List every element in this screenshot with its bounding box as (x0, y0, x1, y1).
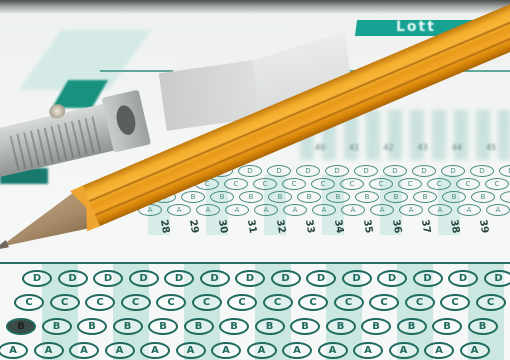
answer-bubble[interactable]: B (77, 318, 107, 335)
answer-bubble[interactable]: C (427, 178, 451, 190)
bubble-row-a: AAAAAAAAAAAAA (138, 204, 510, 216)
answer-bubble[interactable]: C (192, 294, 222, 311)
answer-bubble[interactable]: A (196, 204, 220, 216)
question-number: 42 (383, 143, 393, 152)
answer-bubble[interactable]: D (58, 270, 88, 287)
answer-bubble[interactable]: D (200, 270, 230, 287)
answer-bubble[interactable]: C (398, 178, 422, 190)
answer-bubble[interactable]: B (397, 318, 427, 335)
answer-bubble[interactable]: A (318, 342, 348, 359)
answer-bubble[interactable]: A (176, 342, 206, 359)
answer-bubble[interactable]: C (340, 178, 364, 190)
answer-bubble[interactable]: A (424, 342, 454, 359)
answer-bubble[interactable]: C (334, 294, 364, 311)
answer-bubble[interactable]: C (485, 178, 509, 190)
answer-bubble[interactable]: D (238, 165, 262, 177)
far-question-numbers: 4041424344454647 (315, 143, 510, 152)
answer-bubble[interactable]: A (370, 204, 394, 216)
answer-bubble[interactable]: D (129, 270, 159, 287)
answer-bubble[interactable]: B (432, 318, 462, 335)
question-number: 41 (349, 143, 359, 152)
answer-bubble[interactable]: B (297, 191, 321, 203)
answer-bubble[interactable]: A (457, 204, 481, 216)
answer-bubble[interactable]: B (239, 191, 263, 203)
sheet-title-text: Lott (396, 19, 436, 35)
answer-bubble[interactable]: D (325, 165, 349, 177)
answer-bubble[interactable]: D (342, 270, 372, 287)
answer-bubble[interactable]: D (306, 270, 336, 287)
answer-bubble[interactable]: D (383, 165, 407, 177)
answer-bubble[interactable]: A (254, 204, 278, 216)
answer-bubble[interactable]: A (486, 204, 510, 216)
answer-bubble[interactable]: B (255, 318, 285, 335)
answer-bubble[interactable]: D (93, 270, 123, 287)
answer-bubble[interactable]: D (413, 270, 443, 287)
answer-bubble[interactable]: C (282, 178, 306, 190)
answer-bubble[interactable]: D (484, 270, 510, 287)
answer-bubble[interactable]: C (224, 178, 248, 190)
answer-bubble[interactable]: A (341, 204, 365, 216)
bottom-answer-grid: DDDDDDDDDDDDDDCCCCCCCCCCCCCCBBBBBBBBBBBB… (0, 262, 510, 360)
answer-bubble[interactable]: A (211, 342, 241, 359)
photo-scene: Lott 4041424344454647 282930313233343536… (0, 0, 510, 360)
answer-bubble[interactable]: D (354, 165, 378, 177)
answer-bubble[interactable]: D (499, 165, 510, 177)
answer-bubble[interactable]: C (121, 294, 151, 311)
answer-bubble[interactable]: C (253, 178, 277, 190)
answer-bubble[interactable]: A (428, 204, 452, 216)
answer-bubble[interactable]: B (326, 318, 356, 335)
answer-bubble[interactable]: D (441, 165, 465, 177)
answer-bubble[interactable]: A (167, 204, 191, 216)
bubble-row-b: BBBBBBBBBBBBB (152, 191, 510, 203)
answer-bubble[interactable]: A (247, 342, 277, 359)
answer-bubble[interactable]: C (263, 294, 293, 311)
answer-bubble[interactable]: A (460, 342, 490, 359)
answer-bubble[interactable]: B (442, 191, 466, 203)
answer-bubble[interactable]: A (389, 342, 419, 359)
answer-bubble[interactable]: C (405, 294, 435, 311)
answer-bubble[interactable]: B (184, 318, 214, 335)
answer-bubble[interactable]: B (219, 318, 249, 335)
answer-bubble[interactable]: D (164, 270, 194, 287)
bubble-row-c: CCCCCCCCCCCCCC (14, 294, 510, 311)
answer-bubble[interactable]: B (413, 191, 437, 203)
answer-bubble[interactable]: B (355, 191, 379, 203)
answer-bubble[interactable]: C (369, 178, 393, 190)
answer-bubble[interactable]: A (282, 342, 312, 359)
answer-bubble[interactable]: A (312, 204, 336, 216)
answer-bubble[interactable]: B (181, 191, 205, 203)
answer-bubble[interactable]: C (476, 294, 506, 311)
answer-bubble[interactable]: A (0, 342, 28, 359)
answer-bubble[interactable]: B (148, 318, 178, 335)
answer-bubble[interactable]: B (500, 191, 510, 203)
answer-bubble[interactable]: D (267, 165, 291, 177)
answer-bubble[interactable]: B (468, 318, 498, 335)
bubble-row-b: BBBBBBBBBBBBBB (6, 318, 503, 335)
answer-bubble[interactable]: A (225, 204, 249, 216)
bubble-row-d: DDDDDDDDDDDDDD (22, 270, 510, 287)
answer-bubble[interactable]: C (50, 294, 80, 311)
answer-bubble[interactable]: C (227, 294, 257, 311)
answer-bubble[interactable]: A (399, 204, 423, 216)
question-number: 40 (315, 143, 325, 152)
answer-bubble[interactable]: B (326, 191, 350, 203)
answer-bubble[interactable]: C (14, 294, 44, 311)
answer-bubble[interactable]: D (448, 270, 478, 287)
answer-bubble[interactable]: A (34, 342, 64, 359)
answer-bubble[interactable]: C (311, 178, 335, 190)
answer-bubble[interactable]: B (471, 191, 495, 203)
answer-bubble[interactable]: C (156, 294, 186, 311)
answer-bubble[interactable]: C (456, 178, 480, 190)
answer-bubble[interactable]: C (85, 294, 115, 311)
bubble-row-a: AAAAAAAAAAAAAA (0, 342, 495, 359)
answer-bubble[interactable]: D (377, 270, 407, 287)
question-number: 44 (452, 143, 462, 152)
answer-bubble[interactable]: D (296, 165, 320, 177)
answer-bubble[interactable]: A (140, 342, 170, 359)
answer-bubble[interactable]: B (6, 318, 36, 335)
answer-bubble[interactable]: B (290, 318, 320, 335)
answer-bubble[interactable]: C (298, 294, 328, 311)
answer-bubble[interactable]: D (22, 270, 52, 287)
answer-bubble[interactable]: B (384, 191, 408, 203)
answer-bubble[interactable]: B (210, 191, 234, 203)
answer-bubble[interactable]: B (361, 318, 391, 335)
answer-bubble[interactable]: A (353, 342, 383, 359)
answer-bubble[interactable]: D (235, 270, 265, 287)
bubble-row-c: CCCCCCCCCCCCC (166, 178, 510, 190)
answer-bubble[interactable]: A (105, 342, 135, 359)
question-numbers-row: 282930313233343536373839 (150, 221, 498, 232)
answer-bubble[interactable]: D (271, 270, 301, 287)
answer-bubble[interactable]: B (42, 318, 72, 335)
answer-bubble[interactable]: C (440, 294, 470, 311)
answer-bubble[interactable]: B (268, 191, 292, 203)
answer-bubble[interactable]: A (283, 204, 307, 216)
answer-bubble[interactable]: B (113, 318, 143, 335)
question-number: 45 (486, 143, 496, 152)
answer-bubble[interactable]: D (470, 165, 494, 177)
answer-bubble[interactable]: C (369, 294, 399, 311)
answer-bubble[interactable]: A (69, 342, 99, 359)
answer-bubble[interactable]: D (412, 165, 436, 177)
question-number: 43 (418, 143, 428, 152)
